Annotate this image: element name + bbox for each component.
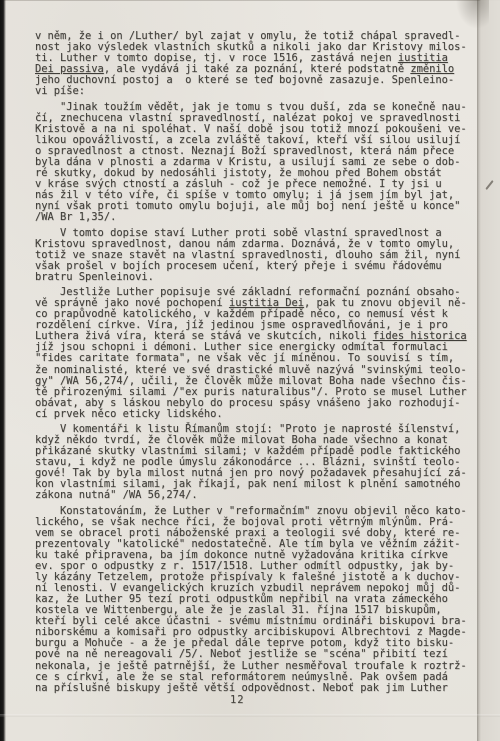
paragraph: "Jinak toužím vědět, jak je tomu s tvou … <box>35 102 475 224</box>
paper-crease <box>0 714 500 717</box>
text-line: "fides caritate formata", ne však věc jí… <box>35 353 475 364</box>
text-line: gy" /WA 56,274/, učili, že člověk může m… <box>35 376 475 387</box>
text-line: na příslušné biskupy ještě větší odpověd… <box>35 683 475 694</box>
scan-left-edge <box>0 0 6 741</box>
text-line: pové na ně nereagovali /5/. Neboť jestli… <box>35 649 475 660</box>
text-line: nekonala, je ještě patrnější, že Luther … <box>35 661 475 672</box>
page-number: 12 <box>230 694 245 706</box>
paragraph: v něm, že i on /Luther/ byl zajat v omyl… <box>35 31 475 97</box>
paragraph: V tomto dopise staví Luther proti sobě v… <box>35 228 475 283</box>
page-fold-edge <box>477 0 500 741</box>
text-line: že nominalisté, které ve své drastické m… <box>35 365 475 376</box>
text-line: Kristovu spravedlnost, danou nám zdarma.… <box>35 239 475 250</box>
text-block: v něm, že i on /Luther/ byl zajat v omyl… <box>35 31 475 698</box>
text-line: /WA Br 1,35/. <box>35 212 475 223</box>
text-line: zákona nutná" /WA 56,274/. <box>35 490 475 501</box>
paragraph: Jestliže Luther popisuje své základní re… <box>35 287 475 420</box>
text-line: cí prvek něco eticky lidského. <box>35 409 475 420</box>
text-line: bratru Spenleinovi. <box>35 272 475 283</box>
text-line: ce s církví, ale že se stal reformátorem… <box>35 672 475 683</box>
text-line: tě přirozenými silami /"ex puris natural… <box>35 387 475 398</box>
text-line: jeho duchovní postoj a o které se teď bo… <box>35 75 475 86</box>
scanned-page: v něm, že i on /Luther/ byl zajat v omyl… <box>0 0 500 741</box>
paragraph: Konstatováním, že Luther v "reformačním"… <box>35 506 475 694</box>
text-line: vi píše: <box>35 86 475 97</box>
scan-corner-smudge <box>455 0 489 30</box>
text-line: V tomto dopise staví Luther proti sobě v… <box>35 228 475 239</box>
paragraph: V komentáři k listu Římanům stojí: "Prot… <box>35 424 475 501</box>
